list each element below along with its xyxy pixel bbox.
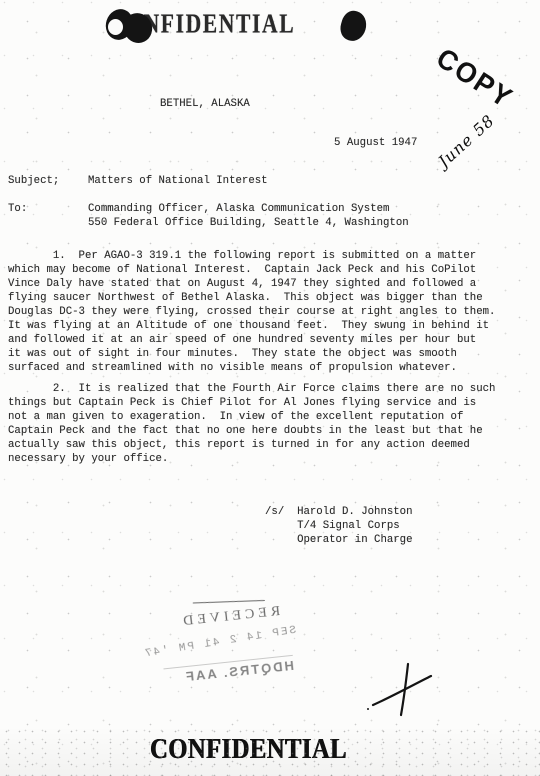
to-address: Commanding Officer, Alaska Communication… — [88, 202, 409, 230]
copy-stamp: COPY — [430, 42, 519, 115]
body-paragraph-1: 1. Per AGAO-3 319.1 the following report… — [8, 249, 495, 375]
scanned-memo-page: CONFIDENTIAL COPY BETHEL, ALASKA 5 Augus… — [0, 0, 540, 776]
body-paragraph-2: 2. It is realized that the Fourth Air Fo… — [8, 382, 495, 466]
ink-blot-highlight — [108, 19, 123, 35]
date-line: 5 August 1947 — [334, 136, 417, 150]
station-line: BETHEL, ALASKA — [160, 97, 250, 111]
ink-blot — [337, 8, 369, 44]
handwritten-note: June 58 — [434, 111, 498, 171]
received-stamp-office: HDQTRS. AAF — [163, 655, 294, 686]
to-label: To: — [8, 202, 27, 216]
received-stamp-rule — [193, 600, 265, 604]
confidential-stamp-bottom: CONFIDENTIAL — [150, 734, 347, 766]
received-stamp-mirrored: RECEIVED SEP 14 2 41 PM '47 HDQTRS. AAF — [108, 595, 300, 692]
subject-label: Subject; — [8, 174, 59, 188]
handwritten-x-mark — [365, 658, 440, 720]
signature-block: /s/ Harold D. Johnston T/4 Signal Corps … — [265, 505, 413, 547]
subject-value: Matters of National Interest — [88, 174, 268, 188]
